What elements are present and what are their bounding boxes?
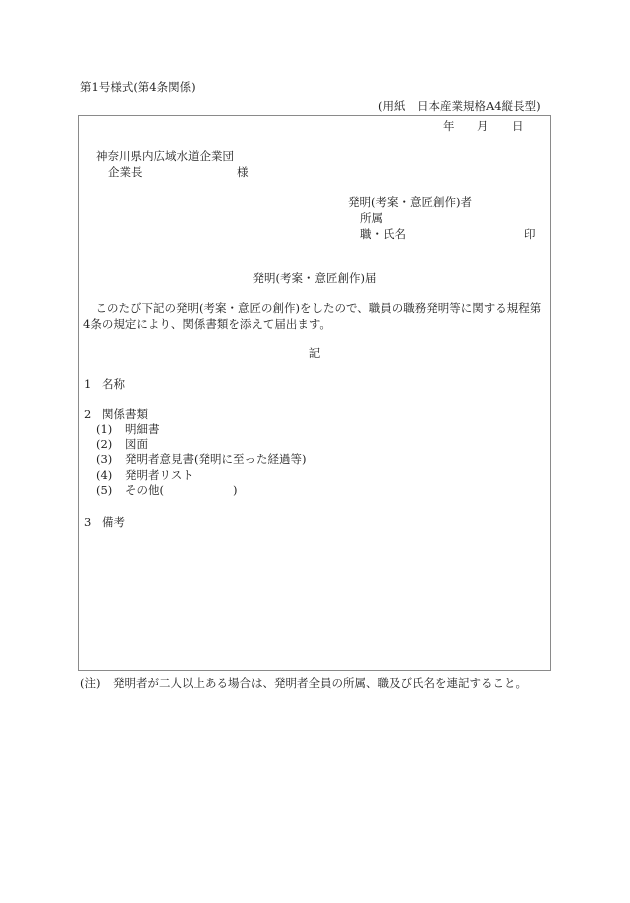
sub-item-2-label: 図面	[125, 439, 148, 451]
addressee-honorific: 様	[237, 167, 249, 179]
item2-label: 関係書類	[102, 409, 148, 421]
applicant-affiliation-label: 所属	[360, 213, 383, 225]
seal-mark: 印	[524, 229, 536, 241]
item3-label: 備考	[102, 517, 125, 529]
sub-item-5-number: (5)	[96, 485, 112, 497]
sub-item-3-number: (3)	[96, 454, 112, 466]
note-text: 発明者が二人以上ある場合は、発明者全員の所属、職及び氏名を連記すること。	[113, 678, 527, 690]
sub-item-1-number: (1)	[96, 424, 112, 436]
item1-number: 1	[84, 379, 91, 391]
form-frame	[78, 115, 551, 671]
body-text-line2: 4条の規定により、関係書類を添えて届出ます。	[83, 319, 331, 331]
addressee-organization: 神奈川県内広域水道企業団	[96, 151, 234, 163]
addressee-title: 企業長	[108, 167, 143, 179]
date-month: 月	[477, 121, 489, 133]
sub-item-5-label: その他( )	[125, 485, 237, 497]
applicant-heading: 発明(考案・意匠創作)者	[348, 197, 472, 209]
note-prefix: (注)	[80, 678, 100, 690]
item1-label: 名称	[102, 379, 125, 391]
sub-item-4-number: (4)	[96, 470, 112, 482]
body-text-line1: このたび下記の発明(考案・意匠の創作)をしたので、職員の職務発明等に関する規程第	[84, 303, 541, 315]
date-year: 年	[443, 121, 455, 133]
applicant-name-label: 職・氏名	[360, 229, 406, 241]
item2-number: 2	[84, 409, 91, 421]
date-day: 日	[512, 121, 524, 133]
ki-heading: 記	[78, 348, 551, 360]
sub-item-4-label: 発明者リスト	[125, 470, 194, 482]
sub-item-1-label: 明細書	[125, 424, 160, 436]
sub-item-3-label: 発明者意見書(発明に至った経過等)	[125, 454, 306, 466]
paper-spec: (用紙 日本産業規格A4縦長型)	[378, 101, 541, 113]
form-number: 第1号様式(第4条関係)	[80, 82, 196, 94]
form-title: 発明(考案・意匠創作)届	[78, 273, 551, 285]
item3-number: 3	[84, 517, 91, 529]
sub-item-2-number: (2)	[96, 439, 112, 451]
